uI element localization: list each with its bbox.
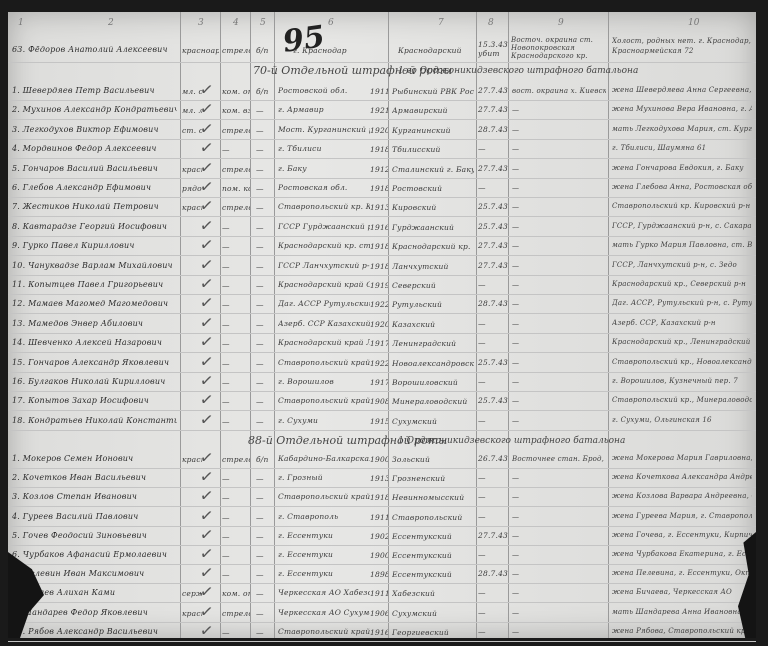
row-divider [8, 468, 756, 469]
entry-year: 1911 [370, 87, 388, 96]
column-number: 3 [198, 18, 204, 28]
row-divider [8, 216, 756, 217]
entry-date: — [478, 512, 508, 521]
entry-date: — [478, 319, 508, 328]
entry-year: 1913 [370, 203, 388, 212]
entry-birthplace: Даг. АССР Рутульский р-н [278, 299, 370, 308]
entry-birthplace: г. Тбилиси [278, 144, 370, 153]
entry-position: — [222, 397, 250, 406]
checkmark-icon: ✓ [199, 466, 215, 487]
checkmark-icon: ✓ [199, 293, 215, 314]
entry-year: 1900 [370, 455, 388, 464]
entry-name: 18. Кондратьев Николай Константинович [12, 416, 177, 425]
checkmark-icon: ✓ [199, 312, 215, 333]
column-number: 6 [328, 18, 334, 28]
entry-date: — [478, 280, 508, 289]
entry-birthplace: Ростовская обл. [278, 183, 370, 192]
entry-party: — [256, 570, 272, 579]
entry-burial: — [512, 551, 606, 559]
entry-name: 3. Козлов Степан Иванович [12, 492, 177, 501]
checkmark-icon: ✓ [199, 390, 215, 411]
entry-party: б/п [256, 46, 274, 55]
entry-burial: Восточ. окраина ст. Новопокровская Красн… [511, 36, 607, 60]
entry-birthplace: г. Краснодар [293, 46, 353, 55]
entry-party: — [256, 417, 272, 426]
entry-relatives: Краснодарский кр., Ленинградский р-н [612, 338, 752, 346]
entry-birthplace: Краснодарский кр. ст. Выселковская [278, 241, 370, 250]
entry-date: 26.7.43 убит [478, 454, 508, 463]
entry-party: — [256, 242, 272, 251]
checkmark-icon: ✓ [199, 137, 215, 158]
entry-rank: красноарм. [182, 203, 202, 212]
entry-position: — [222, 474, 250, 483]
entry-date: — [478, 338, 508, 347]
entry-name: 10. Чануквадзе Варлам Михайлович [12, 261, 177, 270]
entry-burial: — [512, 474, 606, 482]
row-divider [8, 236, 756, 237]
entry-birthplace: г. Грозный [278, 473, 370, 482]
entry-burial: — [512, 359, 606, 367]
row-divider [8, 62, 756, 63]
entry-year: 1917 [370, 378, 388, 387]
entry-burial: — [512, 165, 606, 173]
entry-year: 1906 [370, 609, 388, 618]
entry-birthplace: Краснодарский край Ленинградский р-н [278, 338, 370, 347]
entry-relatives: жена Мухинова Вера Ивановна, г. Армавир,… [612, 105, 752, 113]
entry-relatives: жена Глебова Анна, Ростовская обл. [612, 183, 752, 191]
checkmark-icon: ✓ [199, 370, 215, 391]
entry-position: — [222, 242, 250, 251]
checkmark-icon: ✓ [199, 524, 215, 545]
entry-year: 1918 [370, 262, 388, 271]
entry-relatives: ГССР, Гурджаанский р-н, с. Сакара [612, 222, 752, 230]
entry-party: — [256, 513, 272, 522]
entry-rank: ст. сержант [182, 126, 202, 135]
entry-date: 28.7.43 убит [478, 125, 508, 134]
entry-callup: Гурджаанский [392, 223, 474, 232]
entry-party: — [256, 281, 272, 290]
entry-burial: — [512, 242, 606, 250]
entry-party: — [256, 359, 272, 368]
entry-party: — [256, 493, 272, 502]
entry-rank: красноарм. [182, 165, 202, 174]
entry-relatives: г. Тбилиси, Шаумяна 61 [612, 144, 752, 152]
entry-burial: — [512, 145, 606, 153]
entry-relatives: жена Мокерова Мария Гавриловна, КБАССР [612, 454, 752, 462]
entry-callup: Зольский [392, 455, 474, 464]
checkmark-icon: ✓ [199, 254, 215, 275]
entry-relatives: жена Гочева, г. Ессентуки, Кирпичная 22 [612, 531, 752, 539]
entry-name: 2. Кочетков Иван Васильевич [12, 473, 177, 482]
entry-position: — [222, 339, 250, 348]
entry-callup: Хабезский [392, 589, 474, 598]
entry-year: 1918 [370, 145, 388, 154]
entry-callup: Краснодарский кр. [392, 242, 474, 251]
entry-date: 25.7.43 убит [478, 358, 508, 367]
entry-name: 6. Чурбаков Афанасий Ермолаевич [12, 550, 177, 559]
entry-birthplace: Кабардино-Балкарская АССР Зольский р-н [278, 454, 370, 463]
entry-callup: Рутульский [392, 300, 474, 309]
entry-date: — [478, 588, 508, 597]
entry-party: — [256, 126, 272, 135]
row-divider [8, 641, 756, 642]
entry-party: — [256, 184, 272, 193]
entry-position: — [222, 145, 250, 154]
entry-callup: Минераловодский [392, 397, 474, 406]
entry-name: 2. Мухинов Александр Кондратьевич [12, 105, 177, 114]
entry-name: 5. Гочев Феодосий Зиновьевич [12, 531, 177, 540]
entry-party: — [256, 339, 272, 348]
entry-birthplace: г. Ставрополь [278, 512, 370, 521]
entry-date: — [478, 473, 508, 482]
entry-name: 3. Легкодухов Виктор Ефимович [12, 125, 177, 134]
row-divider [8, 487, 756, 488]
entry-burial: — [512, 628, 606, 636]
entry-year: 1920 [370, 320, 388, 329]
checkmark-icon: ✓ [199, 234, 215, 255]
entry-party: — [256, 397, 272, 406]
entry-callup: Ставропольский [392, 513, 474, 522]
entry-year: 1918 [370, 184, 388, 193]
entry-position: пом. ком. [222, 184, 250, 193]
checkmark-icon: ✓ [199, 215, 215, 236]
entry-year: 1908 [370, 397, 388, 406]
entry-date: 28.7.43 убит [478, 299, 508, 308]
entry-name: 14. Шевченко Алексей Назарович [12, 338, 177, 347]
entry-burial: — [512, 300, 606, 308]
entry-relatives: Азерб. ССР, Казахский р-н [612, 319, 752, 327]
entry-callup: Сталинский г. Баку [392, 165, 474, 174]
entry-birthplace: Ставропольский край ст. Новоалександровс… [278, 358, 370, 367]
entry-name: 7. Жестиков Николай Петрович [12, 202, 177, 211]
entry-burial: — [512, 493, 606, 501]
entry-burial: — [512, 609, 606, 617]
entry-burial: — [512, 320, 606, 328]
row-divider [8, 178, 756, 179]
entry-burial: — [512, 106, 606, 114]
entry-date: 27.7.43 убит [478, 105, 508, 114]
entry-position: стрелок [222, 609, 250, 618]
entry-burial: — [512, 570, 606, 578]
entry-birthplace: г. Баку [278, 164, 370, 173]
entry-rank: красноарм. [182, 455, 202, 464]
entry-relatives: г. Ворошилов, Кузнечный пер. 7 [612, 377, 752, 385]
entry-burial: — [512, 184, 606, 192]
entry-relatives: Холост, родных нет. г. Краснодар, Красно… [612, 36, 752, 56]
checkmark-icon: ✓ [199, 351, 215, 372]
entry-year: 1913 [370, 474, 388, 483]
entry-birthplace: Ставропольский край Невинномысский р-н [278, 492, 370, 501]
entry-callup: Ворошиловский [392, 378, 474, 387]
row-divider [8, 333, 756, 334]
entry-date: — [478, 183, 508, 192]
entry-rank: красноарм. [182, 46, 219, 55]
entry-position: стрелок [222, 203, 250, 212]
entry-callup: Ленинградский [392, 339, 474, 348]
entry-year: 1912 [370, 165, 388, 174]
entry-relatives: Ставропольский кр. Кировский р-н [612, 202, 752, 210]
entry-name: 9. Шандарев Федор Яковлевич [12, 608, 177, 617]
entry-party: — [256, 223, 272, 232]
entry-position: — [222, 223, 250, 232]
entry-position: — [222, 262, 250, 271]
entry-callup: Грозненский [392, 474, 474, 483]
entry-year: 1911 [370, 513, 388, 522]
row-divider [8, 391, 756, 392]
entry-year: 1916 [370, 223, 388, 232]
entry-date: — [478, 144, 508, 153]
entry-burial: — [512, 126, 606, 134]
entry-relatives: жена Гончарова Евдокия, г. Баку [612, 164, 752, 172]
entry-date: — [478, 492, 508, 501]
row-divider [8, 602, 756, 603]
entry-burial: — [512, 281, 606, 289]
entry-rank: красноарм. [182, 609, 202, 618]
entry-name: 11. Копытцев Павел Григорьевич [12, 280, 177, 289]
entry-birthplace: г. Сухуми [278, 416, 370, 425]
column-number: 8 [488, 18, 494, 28]
entry-callup: Краснодарский [398, 46, 474, 55]
entry-year: 1915 [370, 417, 388, 426]
entry-date: — [478, 627, 508, 636]
entry-date: 25.7.43 [478, 222, 508, 231]
section-title-continued: 1-го Орджоникидзевского штрафного баталь… [398, 66, 638, 76]
entry-name: 6. Глебов Александр Ефимович [12, 183, 177, 192]
entry-birthplace: Ставропольский кр. Кировский р-н [278, 202, 370, 211]
entry-burial: — [512, 378, 606, 386]
entry-birthplace: г. Ворошилов [278, 377, 370, 386]
entry-birthplace: ГССР Ланчхутский р-н [278, 261, 370, 270]
column-number: 5 [260, 18, 266, 28]
row-divider [8, 139, 756, 140]
entry-relatives: жена Кочеткова Александра Андреевна, г. … [612, 473, 752, 481]
entry-date: — [478, 416, 508, 425]
entry-name: 17. Копытов Захар Иосифович [12, 396, 177, 405]
entry-callup: Армавирский [392, 106, 474, 115]
row-divider [8, 352, 756, 353]
entry-position: — [222, 300, 250, 309]
entry-name: 7. Пелевин Иван Максимович [12, 569, 177, 578]
entry-relatives: мать Гурко Мария Павловна, ст. Выселки [612, 241, 752, 249]
entry-relatives: жена Пелевина, г. Ессентуки, Октябрьская… [612, 569, 752, 577]
entry-name: 16. Булгаков Николай Кириллович [12, 377, 177, 386]
entry-party: — [256, 145, 272, 154]
entry-birthplace: г. Ессентуки [278, 550, 370, 559]
entry-callup: Тбилисский [392, 145, 474, 154]
entry-relatives: мать Легкодухова Мария, ст. Курганинский… [612, 125, 752, 133]
row-divider [8, 255, 756, 256]
row-divider [8, 545, 756, 546]
entry-position: стрелок [222, 126, 250, 135]
row-divider [8, 100, 756, 101]
entry-party: — [256, 532, 272, 541]
row-divider [8, 410, 756, 411]
entry-position: стрелок [222, 46, 250, 55]
entry-position: ком. отд. [222, 87, 250, 96]
entry-relatives: жена Козлова Варвара Андреевна, Ставропо… [612, 492, 752, 500]
checkmark-icon: ✓ [199, 543, 215, 564]
entry-name: 8. Кавтарадзе Георгий Иосифович [12, 222, 177, 231]
row-divider [8, 564, 756, 565]
entry-name: 4. Гуреев Василий Павлович [12, 512, 177, 521]
entry-year: 1919 [370, 281, 388, 290]
entry-name: 15. Гончаров Александр Яковлевич [12, 358, 177, 367]
entry-date: 27.7.43 убит [478, 86, 508, 95]
entry-name: 1. Шевердяев Петр Васильевич [12, 86, 177, 95]
entry-birthplace: г. Ессентуки [278, 569, 370, 578]
entry-party: — [256, 589, 272, 598]
entry-party: б/п [256, 455, 272, 464]
entry-callup: Сухумский [392, 609, 474, 618]
entry-year: 1902 [370, 532, 388, 541]
entry-party: — [256, 165, 272, 174]
entry-party: — [256, 628, 272, 637]
entry-callup: Георгиевский [392, 628, 474, 637]
entry-callup: Ессентукский [392, 551, 474, 560]
entry-name: 63. Фёдоров Анатолий Алексеевич [12, 45, 177, 54]
entry-birthplace: г. Армавир [278, 105, 370, 114]
entry-callup: Северский [392, 281, 474, 290]
entry-burial: — [512, 513, 606, 521]
entry-callup: Казахский [392, 320, 474, 329]
section-title-continued: 1 Орджоникидзевского штрафного батальона [398, 436, 625, 446]
entry-birthplace: Ставропольский край Георгиевский р-н [278, 627, 370, 636]
entry-year: 1898 [370, 570, 388, 579]
column-number: 4 [233, 18, 239, 28]
entry-position: — [222, 532, 250, 541]
entry-name: 13. Мамедов Энвер Абилович [12, 319, 177, 328]
row-divider [8, 583, 756, 584]
entry-position: — [222, 570, 250, 579]
entry-position: — [222, 551, 250, 560]
entry-birthplace: Азерб. ССР Казахский р-н [278, 319, 370, 328]
checkmark-icon: ✓ [199, 273, 215, 294]
entry-relatives: Ставропольский кр., Новоалександровский … [612, 358, 752, 366]
entry-burial: — [512, 417, 606, 425]
row-divider [8, 372, 756, 373]
entry-birthplace: Ростовской обл. [278, 86, 370, 95]
row-divider [8, 430, 756, 431]
entry-party: — [256, 106, 272, 115]
row-divider [8, 506, 756, 507]
entry-birthplace: Краснодарский край Северский р-н [278, 280, 370, 289]
entry-callup: Невинномысский [392, 493, 474, 502]
entry-party: — [256, 474, 272, 483]
entry-year: 1917 [370, 339, 388, 348]
entry-birthplace: Ставропольский край Минераловодский р-н [278, 396, 370, 405]
entry-burial: — [512, 203, 606, 211]
entry-party: — [256, 551, 272, 560]
row-divider [8, 526, 756, 527]
entry-name: 4. Мордвинов Федор Алексеевич [12, 144, 177, 153]
entry-relatives: Ставропольский кр., Минераловодский р-н [612, 396, 752, 404]
entry-date: 27.7.43 [478, 261, 508, 270]
row-divider [8, 294, 756, 295]
entry-date: 15.3.43 убит [478, 40, 508, 58]
checkmark-icon: ✓ [199, 505, 215, 526]
entry-rank: рядовой [182, 184, 202, 193]
row-divider [8, 313, 756, 314]
entry-birthplace: г. Ессентуки [278, 531, 370, 540]
entry-position: — [222, 513, 250, 522]
entry-name: 1. Мокеров Семен Ионович [12, 454, 177, 463]
entry-burial: — [512, 262, 606, 270]
entry-callup: Сухумский [392, 417, 474, 426]
column-number: 1 [18, 18, 24, 28]
entry-date: 25.7.43 убит [478, 396, 508, 405]
entry-birthplace: ГССР Гурджаанский р-н [278, 222, 370, 231]
entry-position: — [222, 417, 250, 426]
entry-burial: — [512, 532, 606, 540]
entry-callup: Курганинский [392, 126, 474, 135]
entry-year: 1918 [370, 493, 388, 502]
entry-date: 27.7.43 убит [478, 164, 508, 173]
entry-relatives: жена Гуреева Мария, г. Ставрополь, 2-я П… [612, 512, 752, 520]
entry-position: ком. взвода [222, 106, 250, 115]
entry-year: 1922 [370, 359, 388, 368]
entry-relatives: ГССР, Ланчхутский р-н, с. Зедо [612, 261, 752, 269]
entry-relatives: г. Сухуми, Ольгинская 16 [612, 416, 752, 424]
entry-relatives: жена Рябова, Ставропольский кр., Георгие… [612, 627, 752, 635]
entry-birthplace: Мост. Курганинский р-н [278, 125, 370, 134]
entry-date: 25.7.43 [478, 202, 508, 211]
column-number: 10 [688, 18, 699, 28]
entry-burial: — [512, 397, 606, 405]
checkmark-icon: ✓ [199, 331, 215, 352]
checkmark-icon: ✓ [199, 562, 215, 583]
entry-position: — [222, 628, 250, 637]
entry-party: — [256, 609, 272, 618]
entry-callup: Рыбинский РВК Ростовской обл. [392, 87, 474, 96]
entry-callup: Ланчхутский [392, 262, 474, 271]
entry-relatives: жена Шевердяева Анна Сергеевна, Ростовск… [612, 86, 752, 94]
entry-burial: — [512, 223, 606, 231]
column-number: 9 [558, 18, 564, 28]
entry-burial: вост. окраина х. Киевский Крымского р-на… [512, 87, 606, 95]
entry-date: — [478, 608, 508, 617]
entry-burial: Восточнее стан. Брод, Краснодарского кра… [512, 455, 606, 463]
entry-position: ком. отд. [222, 589, 250, 598]
entry-rank: мл. лейтенант [182, 106, 202, 115]
entry-position: стрелок [222, 455, 250, 464]
entry-party: — [256, 300, 272, 309]
entry-burial: — [512, 589, 606, 597]
entry-date: 28.7.43 убит [478, 569, 508, 578]
row-divider [8, 158, 756, 159]
entry-relatives: жена Чурбакова Екатерина, г. Ессентуки, … [612, 550, 752, 558]
row-divider [8, 197, 756, 198]
entry-date: 27.7.43 убит [478, 531, 508, 540]
entry-callup: Кировский [392, 203, 474, 212]
entry-relatives: мать Шандарева Анна Ивановна [612, 608, 752, 616]
row-divider [8, 275, 756, 276]
entry-year: 1911 [370, 589, 388, 598]
entry-date: — [478, 550, 508, 559]
entry-rank: мл. сержант [182, 87, 202, 96]
entry-year: 1916 [370, 628, 388, 637]
entry-year: 1900 [370, 551, 388, 560]
entry-year: 1920 [370, 126, 388, 135]
entry-year: 1921 [370, 106, 388, 115]
entry-party: — [256, 378, 272, 387]
entry-party: б/п [256, 87, 272, 96]
entry-position: стрелок [222, 165, 250, 174]
entry-year: 1922 [370, 300, 388, 309]
entry-callup: Ростовский [392, 184, 474, 193]
column-number: 2 [108, 18, 114, 28]
entry-name: 10. Рябов Александр Васильевич [12, 627, 177, 636]
entry-name: 9. Гурко Павел Кириллович [12, 241, 177, 250]
